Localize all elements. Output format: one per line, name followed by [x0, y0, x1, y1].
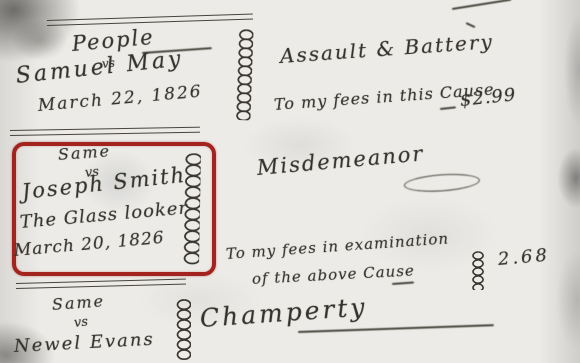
brace-icon [164, 294, 191, 363]
entry3-plaintiff: Same [51, 293, 105, 313]
fee-dash [440, 106, 456, 110]
entry2-charge: Misdemeanor [256, 143, 425, 179]
entry3-charge: Champerty [199, 294, 368, 331]
entry2-fee-amount: 2.68 [497, 246, 550, 268]
flourish-cross-stroke [298, 324, 494, 333]
entry1-charge: Assault & Battery [279, 31, 494, 66]
brace-icon [224, 24, 253, 125]
flourish-oval [403, 172, 480, 194]
docket-page: People vs Samuel May March 22, 1826 Assa… [0, 0, 580, 363]
entry1-defendant: Samuel May [15, 48, 185, 87]
entry2-plaintiff: Same [57, 143, 111, 163]
entry1-fee-amount: $2.99 [459, 86, 517, 110]
fee-dash [392, 281, 414, 285]
entry3-versus: vs [73, 316, 88, 330]
entry2-fee-text-line1: To my fees in examination [225, 231, 449, 262]
entry3-defendant: Newel Evans [14, 331, 156, 356]
stray-mark [466, 22, 476, 28]
entry2-fee-text-line2: of the above Cause [252, 263, 416, 287]
brace-icon [462, 246, 484, 294]
brace-icon [169, 147, 201, 270]
rule-divider [16, 279, 186, 289]
stray-mark [452, 0, 512, 10]
rule-divider [10, 127, 200, 136]
entry1-date: March 22, 1826 [37, 84, 203, 115]
